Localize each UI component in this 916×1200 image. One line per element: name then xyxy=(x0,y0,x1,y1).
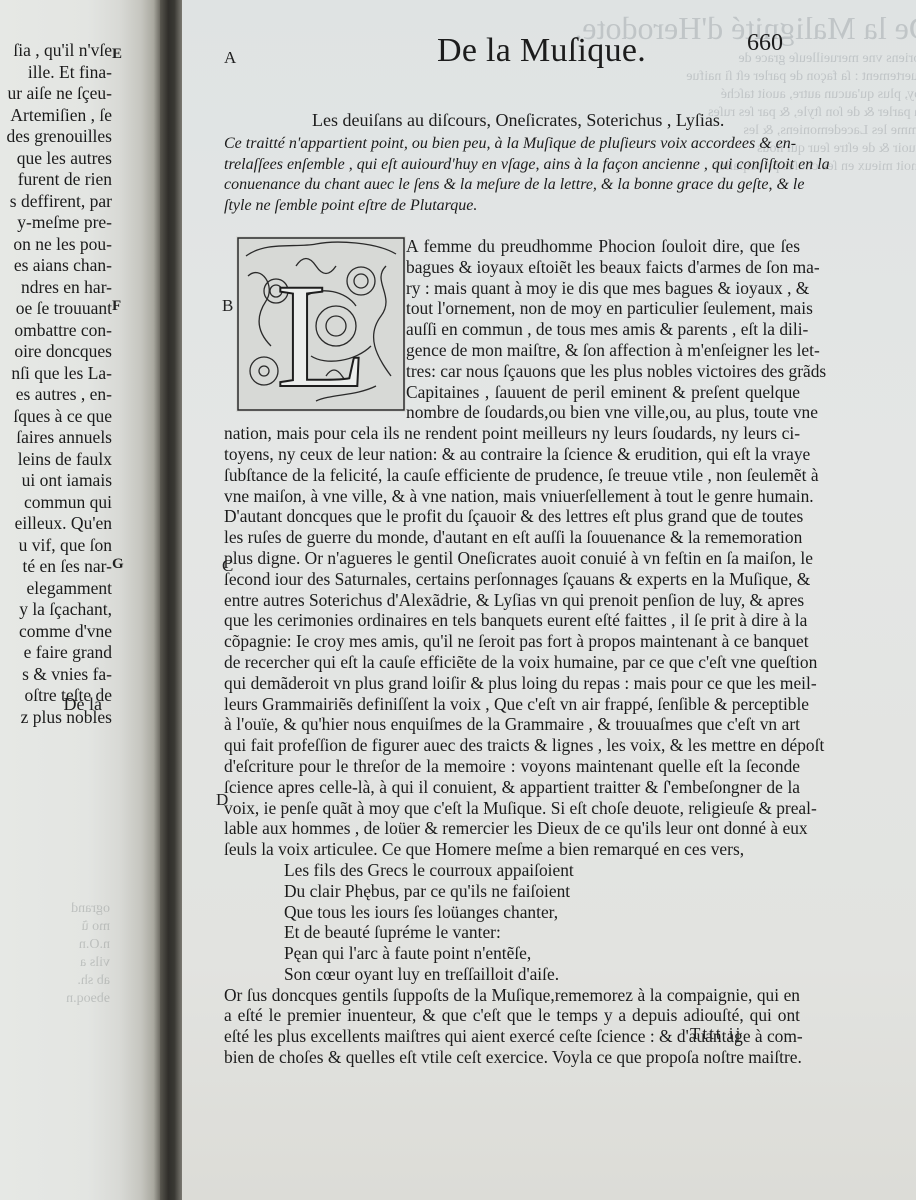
ghost-line: moy, plus qu'aucun autre, auoit taſché xyxy=(412,86,916,104)
text-line: trelaſſees enſemble , qui eſt auiourd'hu… xyxy=(224,155,794,176)
text-line: plus digne. Or n'agueres le gentil Oneſi… xyxy=(224,548,800,569)
text-line: Ce traitté n'appartient point, ou bien p… xyxy=(224,134,794,155)
text-line: auſſi en commun , de tous mes amis & par… xyxy=(406,319,800,340)
text-line: qui demãderoit vn plus grand loiſir & pl… xyxy=(224,673,800,694)
text-line: eilleux. Qu'en xyxy=(7,513,112,535)
text-line: A femme du preudhomme Phocion ſouloit di… xyxy=(406,236,800,257)
text-line: ille. Et fina- xyxy=(7,62,112,84)
text-line: y la ſçachant, xyxy=(7,599,112,621)
text-line: comme d'vne xyxy=(7,621,112,643)
text-line: es autres , en- xyxy=(7,384,112,406)
text-line: elegamment xyxy=(7,578,112,600)
text-line: ſubſtance de la felicité, la cauſe effic… xyxy=(224,465,800,486)
text-line: furent de rien xyxy=(7,169,112,191)
margin-letter-g: G xyxy=(112,556,124,573)
text-line: leurs Grammairiẽs definiſſent la voix , … xyxy=(224,694,800,715)
text-line: des grenouilles xyxy=(7,126,112,148)
text-line: ſecond iour des Saturnales, certains per… xyxy=(224,569,800,590)
text-line: ndres en har- xyxy=(7,277,112,299)
text-line: toyens, ny ceux de leur nation: & au con… xyxy=(224,444,800,465)
text-line: nſi que les La- xyxy=(7,363,112,385)
text-line: e faire grand xyxy=(7,642,112,664)
ghost-line: n.O.n xyxy=(0,936,110,954)
verse-line: Pęan qui l'arc à faute point n'entẽſe, xyxy=(284,943,800,964)
text-line: oire doncques xyxy=(7,341,112,363)
ghost-line: ogrand xyxy=(0,900,110,918)
text-line: vne maiſon, à vne ville, & à vne nation,… xyxy=(224,486,800,507)
text-line: Capitaines , ſauuent de peril eminent & … xyxy=(406,382,800,403)
right-page: De la Malignité d'Herodote. iſtoriens vn… xyxy=(182,0,916,1200)
text-line: leins de faulx xyxy=(7,449,112,471)
text-line: tout l'ornement, non de moy en particuli… xyxy=(406,298,800,319)
text-line: tres: car nous ſçauons que les plus nobl… xyxy=(406,361,800,382)
text-line: ur aiſe ne ſçeu- xyxy=(7,83,112,105)
text-line: à l'ouïe, & qu'hier nous enquiſmes de la… xyxy=(224,714,800,735)
ghost-line: mo ũ xyxy=(0,918,110,936)
text-line: ſques à ce que xyxy=(7,406,112,428)
book-gutter xyxy=(160,0,184,1200)
verse-line: Que tous les iours ſes loüanges chanter, xyxy=(284,902,800,923)
ghost-line: ɘbɘoq.n xyxy=(0,990,110,1008)
verse-line: Du clair Phębus, par ce qu'ils ne faiſoi… xyxy=(284,881,800,902)
text-line: D'autant doncques que le profit du ſçauo… xyxy=(224,506,800,527)
text-line: les ruſes de guerre du monde, d'autant e… xyxy=(224,527,800,548)
text-line: té en ſes nar- xyxy=(7,556,112,578)
text-line: ſeuls la voix articulee. Ce que Homere m… xyxy=(224,839,800,860)
text-line: conuenance du chant auec le ſens & la me… xyxy=(224,175,794,196)
signature-mark: Tttt ij xyxy=(690,1024,742,1044)
margin-letter-f: F xyxy=(112,298,121,315)
running-head: De la Muſique. xyxy=(437,32,646,70)
show-through-text: ogrand mo ũ n.O.n vils a ab sh. ɘbɘoq.n xyxy=(0,900,110,1008)
text-line: qui fait profeſſion de figurer auec des … xyxy=(224,735,800,756)
left-page-text-column: ſia , qu'il n'vſe ille. Et fina- ur aiſe… xyxy=(7,40,112,728)
body-text: A femme du preudhomme Phocion ſouloit di… xyxy=(224,236,800,1068)
verse-line: Et de beauté ſupréme le vanter: xyxy=(284,922,800,943)
page-number: 660 xyxy=(747,30,783,57)
text-line: u vif, que ſon xyxy=(7,535,112,557)
text-line: s deffirent, par xyxy=(7,191,112,213)
ghost-line: ab sh. xyxy=(0,972,110,990)
catchword: De la xyxy=(64,694,102,715)
verse-line: Son cœur oyant luy en treſſailloit d'aiſ… xyxy=(284,964,800,985)
text-line: cõpagnie: Ie croy mes amis, qu'il ne ſer… xyxy=(224,631,800,652)
text-line: ry : mais quant à moy ie dis que mes bag… xyxy=(406,278,800,299)
text-line: ſtyle ne ſemble point eſtre de Plutarque… xyxy=(224,196,794,217)
text-line: nombre de ſoudards,ou bien vne ville,ou,… xyxy=(406,402,800,423)
text-line: que les autres xyxy=(7,148,112,170)
text-line: ui ont iamais xyxy=(7,470,112,492)
text-line: ombattre con- xyxy=(7,320,112,342)
margin-letter-e: E xyxy=(112,46,122,63)
text-line: d'eſcriture pour le threſor de la memoir… xyxy=(224,756,800,777)
text-line: ſaires annuels xyxy=(7,427,112,449)
text-line: que les cerimonies ordinaires en tels ba… xyxy=(224,610,800,631)
text-line: ſia , qu'il n'vſe xyxy=(7,40,112,62)
text-line: ſcience apres celle-là, à qui il conuien… xyxy=(224,777,800,798)
text-line: de recercher qui eſt la cauſe efficiẽte … xyxy=(224,652,800,673)
text-line: es aians chan- xyxy=(7,255,112,277)
text-line: commun qui xyxy=(7,492,112,514)
text-line: entre autres Soterichus d'Alexãdrie, & L… xyxy=(224,590,800,611)
margin-letter-a: A xyxy=(224,48,236,68)
verse-line: Les fils des Grecs le courroux appaiſoie… xyxy=(284,860,800,881)
text-line: on ne les pou- xyxy=(7,234,112,256)
text-line: voix, ie penſe quãt à moy que c'eſt la M… xyxy=(224,798,800,819)
left-page: ſia , qu'il n'vſe ille. Et fina- ur aiſe… xyxy=(0,0,160,1200)
ghost-line: vils a xyxy=(0,954,110,972)
text-line: y-meſme pre- xyxy=(7,212,112,234)
text-line: Or ſus doncques gentils ſuppoſts de la M… xyxy=(224,985,800,1006)
speakers-heading: Les deuiſans au diſcours, Oneſicrates, S… xyxy=(312,110,724,131)
text-line: oe ſe trouuant xyxy=(7,298,112,320)
text-line: bagues & ioyaux eſtoiẽt les beaux faicts… xyxy=(406,257,800,278)
text-line: gence de mon maiſtre, & ſon affection à … xyxy=(406,340,800,361)
text-line: Artemiſien , ſe xyxy=(7,105,112,127)
text-line: lable aux hommes , de loüer & remercier … xyxy=(224,818,800,839)
text-line: bien de choſes & quelles eſt vtile ceſt … xyxy=(224,1047,800,1068)
argument-italic: Ce traitté n'appartient point, ou bien p… xyxy=(224,134,794,216)
ghost-line: ouuertement : ſa façon de parler eſt ſi … xyxy=(412,68,916,86)
text-line: nation, mais pour cela ils ne rendent po… xyxy=(224,423,800,444)
text-line: s & vnies fa- xyxy=(7,664,112,686)
